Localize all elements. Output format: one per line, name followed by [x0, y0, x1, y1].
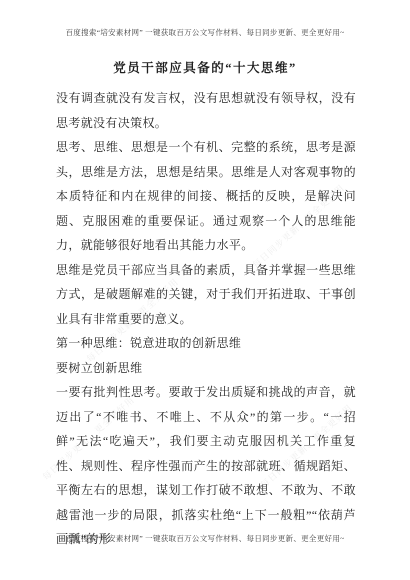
- document-title: 党员干部应具备的“十大思维”: [0, 58, 410, 76]
- paragraph: 思考、思维、思想是一个有机、完整的系统，思考是源头，思维是方法，思想是结果。思维…: [56, 135, 356, 258]
- document-page: 百度搜索“培安素材网” 一键获取百万公文写作材料、每日同步更新、更全更好用~ 党…: [0, 0, 410, 580]
- header-promo-text: 百度搜索“培安素材网” 一键获取百万公文写作材料、每日同步更新、更全更好用~: [0, 27, 410, 38]
- paragraph: 没有调查就没有发言权，没有思想就没有领导权，没有思考就没有决策权。: [56, 86, 356, 135]
- document-body: 没有调查就没有发言权，没有思想就没有领导权，没有思考就没有决策权。 思考、思维、…: [56, 86, 356, 552]
- sub-heading: 要树立创新思维: [56, 356, 356, 381]
- footer-promo-text: 百度搜索“培安素材网” 一键获取百万公文写作材料、每日同步更新、更全更好用~: [0, 533, 410, 544]
- paragraph: 思维是党员干部应当具备的素质，具备并掌握一些思维方式，是破题解难的关键，对于我们…: [56, 258, 356, 332]
- section-heading: 第一种思维：锐意进取的创新思维: [56, 331, 356, 356]
- paragraph: 一要有批判性思考。要敢于发出质疑和挑战的声音，就迈出了“不唯书、不唯上、不从众”…: [56, 380, 356, 552]
